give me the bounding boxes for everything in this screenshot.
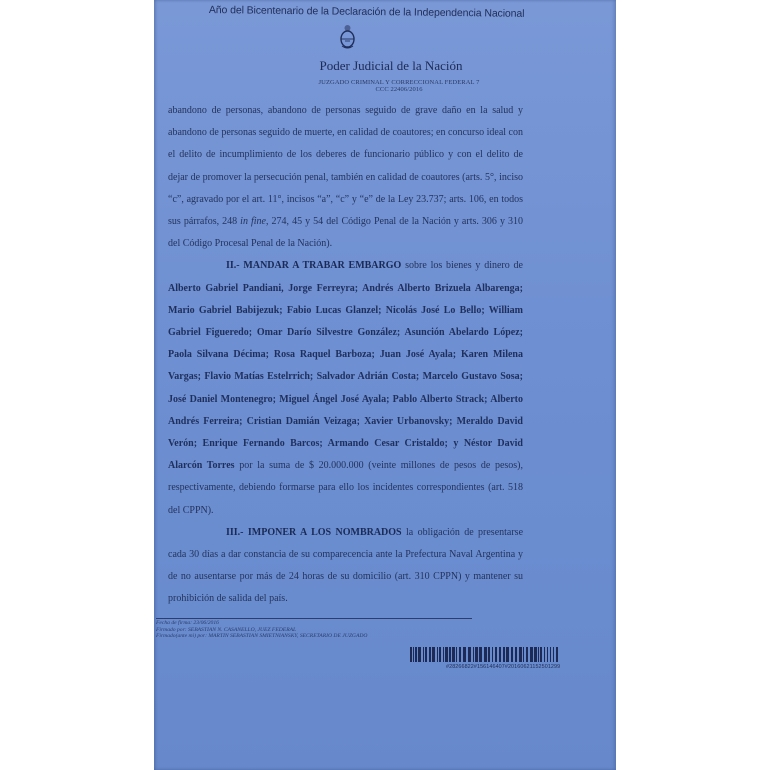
paragraph-charges: abandono de personas, abandono de person… — [168, 100, 523, 255]
argentina-coat-of-arms-icon — [339, 23, 356, 50]
signature-date: Fecha de firma: 23/06/2016 — [156, 620, 367, 627]
document-page: Año del Bicentenario de la Declaración d… — [154, 0, 616, 770]
section-2-intro: sobre los bienes y dinero de — [401, 260, 523, 271]
section-3-text: la obligación de presentarse cada 30 día… — [168, 527, 523, 605]
court-name: Poder Judicial de la Nación — [154, 58, 616, 74]
case-number: CCC 22406/2016 — [154, 86, 616, 93]
signature-secretary: Firmado(ante mi) por: MARTIN SEBASTIAN S… — [156, 633, 367, 640]
section-3-heading: III.- IMPONER A LOS NOMBRADOS — [226, 527, 402, 538]
section-2-heading: II.- MANDAR A TRABAR EMBARGO — [226, 260, 401, 271]
barcode — [410, 647, 560, 662]
section-3-obligations: III.- IMPONER A LOS NOMBRADOS la obligac… — [168, 522, 523, 611]
charges-text: abandono de personas, abandono de person… — [168, 105, 523, 227]
defendant-names: Alberto Gabriel Pandiani, Jorge Ferreyra… — [168, 283, 523, 472]
court-subtitle: JUZGADO CRIMINAL Y CORRECCIONAL FEDERAL … — [154, 79, 616, 86]
in-fine-italic: in fine — [240, 216, 266, 227]
signature-divider — [156, 618, 472, 619]
bicentennial-banner: Año del Bicentenario de la Declaración d… — [209, 4, 569, 20]
resolution-body: abandono de personas, abandono de person… — [168, 100, 523, 611]
section-2-embargo: II.- MANDAR A TRABAR EMBARGO sobre los b… — [168, 255, 523, 521]
barcode-number: #28266822#156146407#20160621152501299 — [446, 664, 560, 670]
signature-block: Fecha de firma: 23/06/2016 Firmado por: … — [156, 620, 367, 640]
